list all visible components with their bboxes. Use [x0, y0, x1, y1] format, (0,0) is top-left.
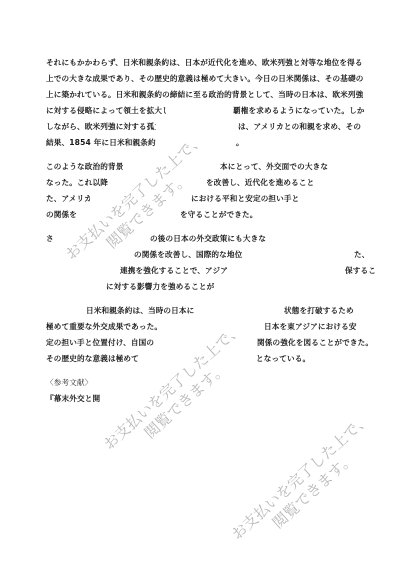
- text-line: に対する影響力を強めることが: [106, 280, 236, 294]
- text-line: を守ることができた。: [180, 208, 290, 222]
- text-line: 日米和親条約は、当時の日本に: [86, 304, 206, 318]
- watermark-line-1: お支払いを完了した上で、: [228, 410, 374, 544]
- text-line: さ: [46, 232, 56, 246]
- text-line: となっている。: [256, 352, 326, 366]
- references-heading: 〈参考文献〉: [46, 376, 106, 390]
- text-line: の関係を: [46, 208, 80, 222]
- text-line: における平和と安定の担い手と: [191, 192, 347, 206]
- watermark: お支払いを完了した上で、 閲覧できます。: [228, 410, 387, 558]
- text-line: 上での大きな成果であり、その歴史的意義は極めて大きい。今日の日米関係は、その基礎…: [46, 72, 376, 86]
- text-line: それにもかかわらず、日米和親条約は、日本が近代化を進め、欧米列強と対等な地位を得…: [46, 56, 376, 70]
- text-line: た、: [354, 248, 378, 262]
- text-line: 保するこ: [345, 264, 379, 278]
- text-line: 上に築かれている。日米和親条約の締結に至る政治的背景として、当時の日本は、欧米列…: [46, 88, 376, 102]
- text-line: は、アメリカとの和親を求め、その: [238, 120, 378, 134]
- text-line: 状態を打破するため: [284, 304, 378, 318]
- reference-item: 『幕末外交と開: [46, 392, 110, 406]
- text-line: 覇権を求めるようになっていた。しか: [233, 104, 378, 118]
- text-line: なった。これ以降: [46, 176, 108, 190]
- text-line: 日本を東アジアにおける安: [264, 320, 378, 334]
- text-line: 。: [236, 136, 256, 150]
- text-line: 極めて重要な外交成果であった。: [46, 320, 176, 334]
- text-line: に対する侵略によって領土を拡大し、: [46, 104, 166, 118]
- text-line: を改善し、近代化を進めること: [206, 176, 354, 190]
- text-line: の関係を改善し、国際的な地位: [134, 248, 270, 262]
- text-line: 連携を強化することで、アジア: [120, 264, 256, 278]
- text-line: しながら、欧米列強に対する孤立: [46, 120, 156, 134]
- text-line: た、アメリカ: [46, 192, 90, 206]
- text-line: その歴史的な意義は極めて: [46, 352, 150, 366]
- text-line: 関係の強化を図ることができた。: [257, 336, 381, 350]
- text-line: 定の担い手と位置付け、自国の: [46, 336, 166, 350]
- text-line: 本にとって、外交面での大きな: [220, 160, 370, 174]
- text-line: このような政治的背景: [46, 160, 124, 174]
- text-line: の後の日本の外交政策にも大きな: [150, 232, 290, 246]
- document-page: それにもかかわらず、日米和親条約は、日本が近代化を進め、欧米列強と対等な地位を得…: [0, 0, 410, 580]
- watermark-line-2: 閲覧できます。: [241, 424, 387, 558]
- text-line: 結果、1854 年に日米和親条約: [46, 136, 156, 150]
